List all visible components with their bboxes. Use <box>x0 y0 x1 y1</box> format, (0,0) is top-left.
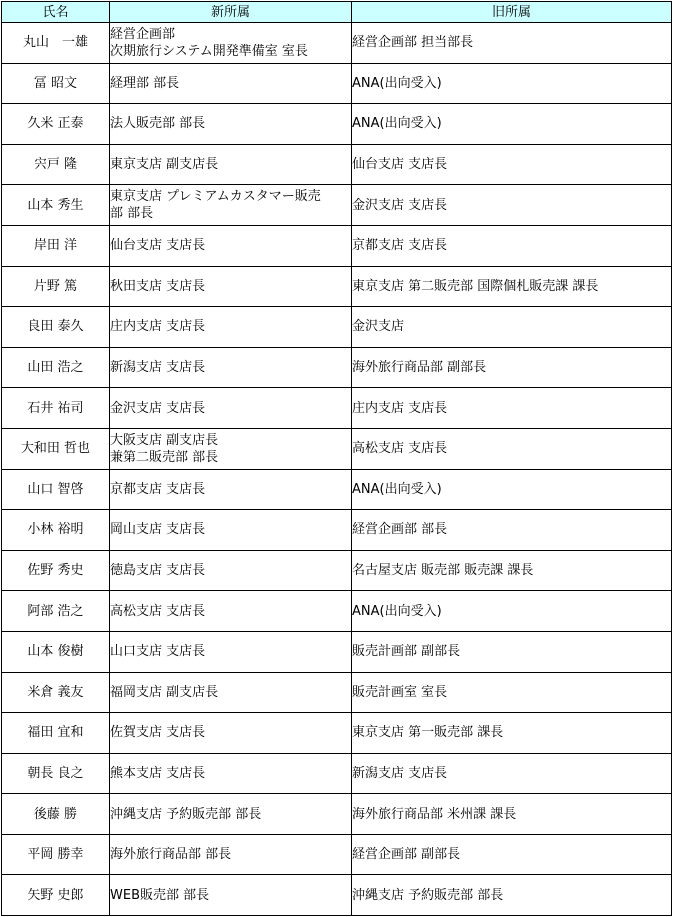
name-cell: 山口 智啓 <box>2 469 110 510</box>
table-row: 小林 裕明 岡山支店 支店長 経営企画部 部長 <box>2 510 672 551</box>
name-cell: 山田 浩之 <box>2 347 110 388</box>
old-affiliation-cell: 経営企画部 部長 <box>352 510 672 551</box>
name-cell: 後藤 勝 <box>2 794 110 835</box>
table-row: 佐野 秀史 徳島支店 支店長 名古屋支店 販売部 販売課 課長 <box>2 550 672 591</box>
new-affiliation-line: 福岡支店 副支店長 <box>110 684 351 701</box>
old-affiliation-cell: 高松支店 支店長 <box>352 428 672 469</box>
new-affiliation-cell: 秋田支店 支店長 <box>110 266 352 307</box>
old-affiliation-cell: ANA(出向受入) <box>352 104 672 145</box>
old-affiliation-line: 沖縄支店 予約販売部 部長 <box>352 887 671 904</box>
new-affiliation-line: 新潟支店 支店長 <box>110 359 351 376</box>
old-affiliation-line: 新潟支店 支店長 <box>352 765 671 782</box>
old-affiliation-line: 京都支店 支店長 <box>352 237 671 254</box>
name-cell: 冨 昭文 <box>2 63 110 104</box>
name-cell: 矢野 史郎 <box>2 875 110 916</box>
old-affiliation-cell: 金沢支店 <box>352 307 672 348</box>
old-affiliation-line: ANA(出向受入) <box>352 75 671 92</box>
old-affiliation-line: 東京支店 第二販売部 国際個札販売課 課長 <box>352 278 671 295</box>
name-cell: 阿部 浩之 <box>2 591 110 632</box>
old-affiliation-line: ANA(出向受入) <box>352 115 671 132</box>
table-row: 朝長 良之 熊本支店 支店長 新潟支店 支店長 <box>2 753 672 794</box>
new-affiliation-line: 海外旅行商品部 部長 <box>110 846 351 863</box>
name-cell: 石井 祐司 <box>2 388 110 429</box>
old-affiliation-line: 経営企画部 副部長 <box>352 846 671 863</box>
new-affiliation-line: 熊本支店 支店長 <box>110 765 351 782</box>
old-affiliation-line: 仙台支店 支店長 <box>352 156 671 173</box>
new-affiliation-line: 沖縄支店 予約販売部 部長 <box>110 806 351 823</box>
table-row: 福田 宜和 佐賀支店 支店長 東京支店 第一販売部 課長 <box>2 713 672 754</box>
column-header-old-affiliation: 旧所属 <box>352 2 672 23</box>
new-affiliation-cell: 法人販売部 部長 <box>110 104 352 145</box>
old-affiliation-line: 海外旅行商品部 副部長 <box>352 359 671 376</box>
old-affiliation-line: 金沢支店 支店長 <box>352 197 671 214</box>
old-affiliation-line: 名古屋支店 販売部 販売課 課長 <box>352 562 671 579</box>
table-body: 丸山 一雄 経営企画部次期旅行システム開発準備室 室長 経営企画部 担当部長 冨… <box>2 23 672 916</box>
table-row: 平岡 勝幸 海外旅行商品部 部長 経営企画部 副部長 <box>2 834 672 875</box>
new-affiliation-cell: WEB販売部 部長 <box>110 875 352 916</box>
new-affiliation-cell: 金沢支店 支店長 <box>110 388 352 429</box>
name-cell: 岸田 洋 <box>2 225 110 266</box>
new-affiliation-cell: 徳島支店 支店長 <box>110 550 352 591</box>
table-row: 阿部 浩之 高松支店 支店長 ANA(出向受入) <box>2 591 672 632</box>
old-affiliation-cell: 名古屋支店 販売部 販売課 課長 <box>352 550 672 591</box>
table-row: 冨 昭文 経理部 部長 ANA(出向受入) <box>2 63 672 104</box>
new-affiliation-cell: 佐賀支店 支店長 <box>110 713 352 754</box>
column-header-name: 氏名 <box>2 2 110 23</box>
new-affiliation-cell: 福岡支店 副支店長 <box>110 672 352 713</box>
name-cell: 良田 泰久 <box>2 307 110 348</box>
old-affiliation-line: 経営企画部 部長 <box>352 521 671 538</box>
table-row: 片野 篤 秋田支店 支店長 東京支店 第二販売部 国際個札販売課 課長 <box>2 266 672 307</box>
name-cell: 小林 裕明 <box>2 510 110 551</box>
new-affiliation-cell: 沖縄支店 予約販売部 部長 <box>110 794 352 835</box>
new-affiliation-line: 金沢支店 支店長 <box>110 400 351 417</box>
new-affiliation-line: WEB販売部 部長 <box>110 887 351 904</box>
name-cell: 平岡 勝幸 <box>2 834 110 875</box>
old-affiliation-line: 販売計画部 副部長 <box>352 643 671 660</box>
new-affiliation-cell: 海外旅行商品部 部長 <box>110 834 352 875</box>
new-affiliation-line: 兼第二販売部 部長 <box>110 449 351 466</box>
new-affiliation-line: 岡山支店 支店長 <box>110 521 351 538</box>
new-affiliation-line: 山口支店 支店長 <box>110 643 351 660</box>
old-affiliation-cell: ANA(出向受入) <box>352 469 672 510</box>
name-cell: 朝長 良之 <box>2 753 110 794</box>
table-row: 山口 智啓 京都支店 支店長 ANA(出向受入) <box>2 469 672 510</box>
name-cell: 福田 宜和 <box>2 713 110 754</box>
old-affiliation-line: 高松支店 支店長 <box>352 440 671 457</box>
old-affiliation-cell: 東京支店 第二販売部 国際個札販売課 課長 <box>352 266 672 307</box>
new-affiliation-cell: 熊本支店 支店長 <box>110 753 352 794</box>
old-affiliation-cell: 経営企画部 担当部長 <box>352 23 672 64</box>
old-affiliation-cell: 沖縄支店 予約販売部 部長 <box>352 875 672 916</box>
new-affiliation-line: 法人販売部 部長 <box>110 115 351 132</box>
name-cell: 佐野 秀史 <box>2 550 110 591</box>
old-affiliation-cell: 庄内支店 支店長 <box>352 388 672 429</box>
table-row: 丸山 一雄 経営企画部次期旅行システム開発準備室 室長 経営企画部 担当部長 <box>2 23 672 64</box>
table-row: 山本 俊樹 山口支店 支店長 販売計画部 副部長 <box>2 631 672 672</box>
new-affiliation-cell: 山口支店 支店長 <box>110 631 352 672</box>
new-affiliation-line: 次期旅行システム開発準備室 室長 <box>110 43 351 60</box>
name-cell: 片野 篤 <box>2 266 110 307</box>
header-row: 氏名 新所属 旧所属 <box>2 2 672 23</box>
new-affiliation-line: 秋田支店 支店長 <box>110 278 351 295</box>
new-affiliation-cell: 東京支店 プレミアムカスタマー販売部 部長 <box>110 185 352 226</box>
new-affiliation-line: 東京支店 副支店長 <box>110 156 351 173</box>
old-affiliation-cell: 新潟支店 支店長 <box>352 753 672 794</box>
old-affiliation-cell: 販売計画部 副部長 <box>352 631 672 672</box>
old-affiliation-cell: ANA(出向受入) <box>352 63 672 104</box>
new-affiliation-line: 経営企画部 <box>110 26 351 43</box>
name-cell: 大和田 哲也 <box>2 428 110 469</box>
table-row: 山田 浩之 新潟支店 支店長 海外旅行商品部 副部長 <box>2 347 672 388</box>
name-cell: 久米 正泰 <box>2 104 110 145</box>
table-row: 久米 正泰 法人販売部 部長 ANA(出向受入) <box>2 104 672 145</box>
new-affiliation-cell: 新潟支店 支店長 <box>110 347 352 388</box>
new-affiliation-line: 部 部長 <box>110 205 351 222</box>
name-cell: 山本 俊樹 <box>2 631 110 672</box>
new-affiliation-cell: 大阪支店 副支店長兼第二販売部 部長 <box>110 428 352 469</box>
old-affiliation-cell: 金沢支店 支店長 <box>352 185 672 226</box>
old-affiliation-line: 海外旅行商品部 米州課 課長 <box>352 806 671 823</box>
name-cell: 丸山 一雄 <box>2 23 110 64</box>
new-affiliation-line: 佐賀支店 支店長 <box>110 724 351 741</box>
table-row: 石井 祐司 金沢支店 支店長 庄内支店 支店長 <box>2 388 672 429</box>
name-cell: 山本 秀生 <box>2 185 110 226</box>
old-affiliation-line: 金沢支店 <box>352 318 671 335</box>
table-row: 良田 泰久 庄内支店 支店長 金沢支店 <box>2 307 672 348</box>
new-affiliation-line: 徳島支店 支店長 <box>110 562 351 579</box>
old-affiliation-cell: 販売計画室 室長 <box>352 672 672 713</box>
name-cell: 米倉 義友 <box>2 672 110 713</box>
new-affiliation-cell: 経理部 部長 <box>110 63 352 104</box>
new-affiliation-line: 仙台支店 支店長 <box>110 237 351 254</box>
old-affiliation-line: ANA(出向受入) <box>352 481 671 498</box>
old-affiliation-cell: 海外旅行商品部 米州課 課長 <box>352 794 672 835</box>
new-affiliation-line: 東京支店 プレミアムカスタマー販売 <box>110 188 351 205</box>
new-affiliation-cell: 庄内支店 支店長 <box>110 307 352 348</box>
personnel-table: 氏名 新所属 旧所属 丸山 一雄 経営企画部次期旅行システム開発準備室 室長 経… <box>1 1 672 916</box>
table-row: 山本 秀生 東京支店 プレミアムカスタマー販売部 部長 金沢支店 支店長 <box>2 185 672 226</box>
table-row: 大和田 哲也 大阪支店 副支店長兼第二販売部 部長 高松支店 支店長 <box>2 428 672 469</box>
old-affiliation-cell: 京都支店 支店長 <box>352 225 672 266</box>
new-affiliation-cell: 京都支店 支店長 <box>110 469 352 510</box>
old-affiliation-cell: 東京支店 第一販売部 課長 <box>352 713 672 754</box>
old-affiliation-cell: ANA(出向受入) <box>352 591 672 632</box>
new-affiliation-line: 高松支店 支店長 <box>110 603 351 620</box>
name-cell: 宍戸 隆 <box>2 144 110 185</box>
old-affiliation-line: 東京支店 第一販売部 課長 <box>352 724 671 741</box>
old-affiliation-cell: 経営企画部 副部長 <box>352 834 672 875</box>
old-affiliation-line: 販売計画室 室長 <box>352 684 671 701</box>
new-affiliation-line: 庄内支店 支店長 <box>110 318 351 335</box>
old-affiliation-line: 庄内支店 支店長 <box>352 400 671 417</box>
table-row: 宍戸 隆 東京支店 副支店長 仙台支店 支店長 <box>2 144 672 185</box>
table-row: 矢野 史郎 WEB販売部 部長 沖縄支店 予約販売部 部長 <box>2 875 672 916</box>
new-affiliation-line: 経理部 部長 <box>110 75 351 92</box>
new-affiliation-line: 京都支店 支店長 <box>110 481 351 498</box>
new-affiliation-cell: 仙台支店 支店長 <box>110 225 352 266</box>
table-row: 後藤 勝 沖縄支店 予約販売部 部長 海外旅行商品部 米州課 課長 <box>2 794 672 835</box>
table-row: 岸田 洋 仙台支店 支店長 京都支店 支店長 <box>2 225 672 266</box>
new-affiliation-cell: 高松支店 支店長 <box>110 591 352 632</box>
new-affiliation-line: 大阪支店 副支店長 <box>110 432 351 449</box>
old-affiliation-line: 経営企画部 担当部長 <box>352 34 671 51</box>
new-affiliation-cell: 東京支店 副支店長 <box>110 144 352 185</box>
old-affiliation-cell: 仙台支店 支店長 <box>352 144 672 185</box>
column-header-new-affiliation: 新所属 <box>110 2 352 23</box>
old-affiliation-cell: 海外旅行商品部 副部長 <box>352 347 672 388</box>
new-affiliation-cell: 経営企画部次期旅行システム開発準備室 室長 <box>110 23 352 64</box>
old-affiliation-line: ANA(出向受入) <box>352 603 671 620</box>
table-row: 米倉 義友 福岡支店 副支店長 販売計画室 室長 <box>2 672 672 713</box>
new-affiliation-cell: 岡山支店 支店長 <box>110 510 352 551</box>
